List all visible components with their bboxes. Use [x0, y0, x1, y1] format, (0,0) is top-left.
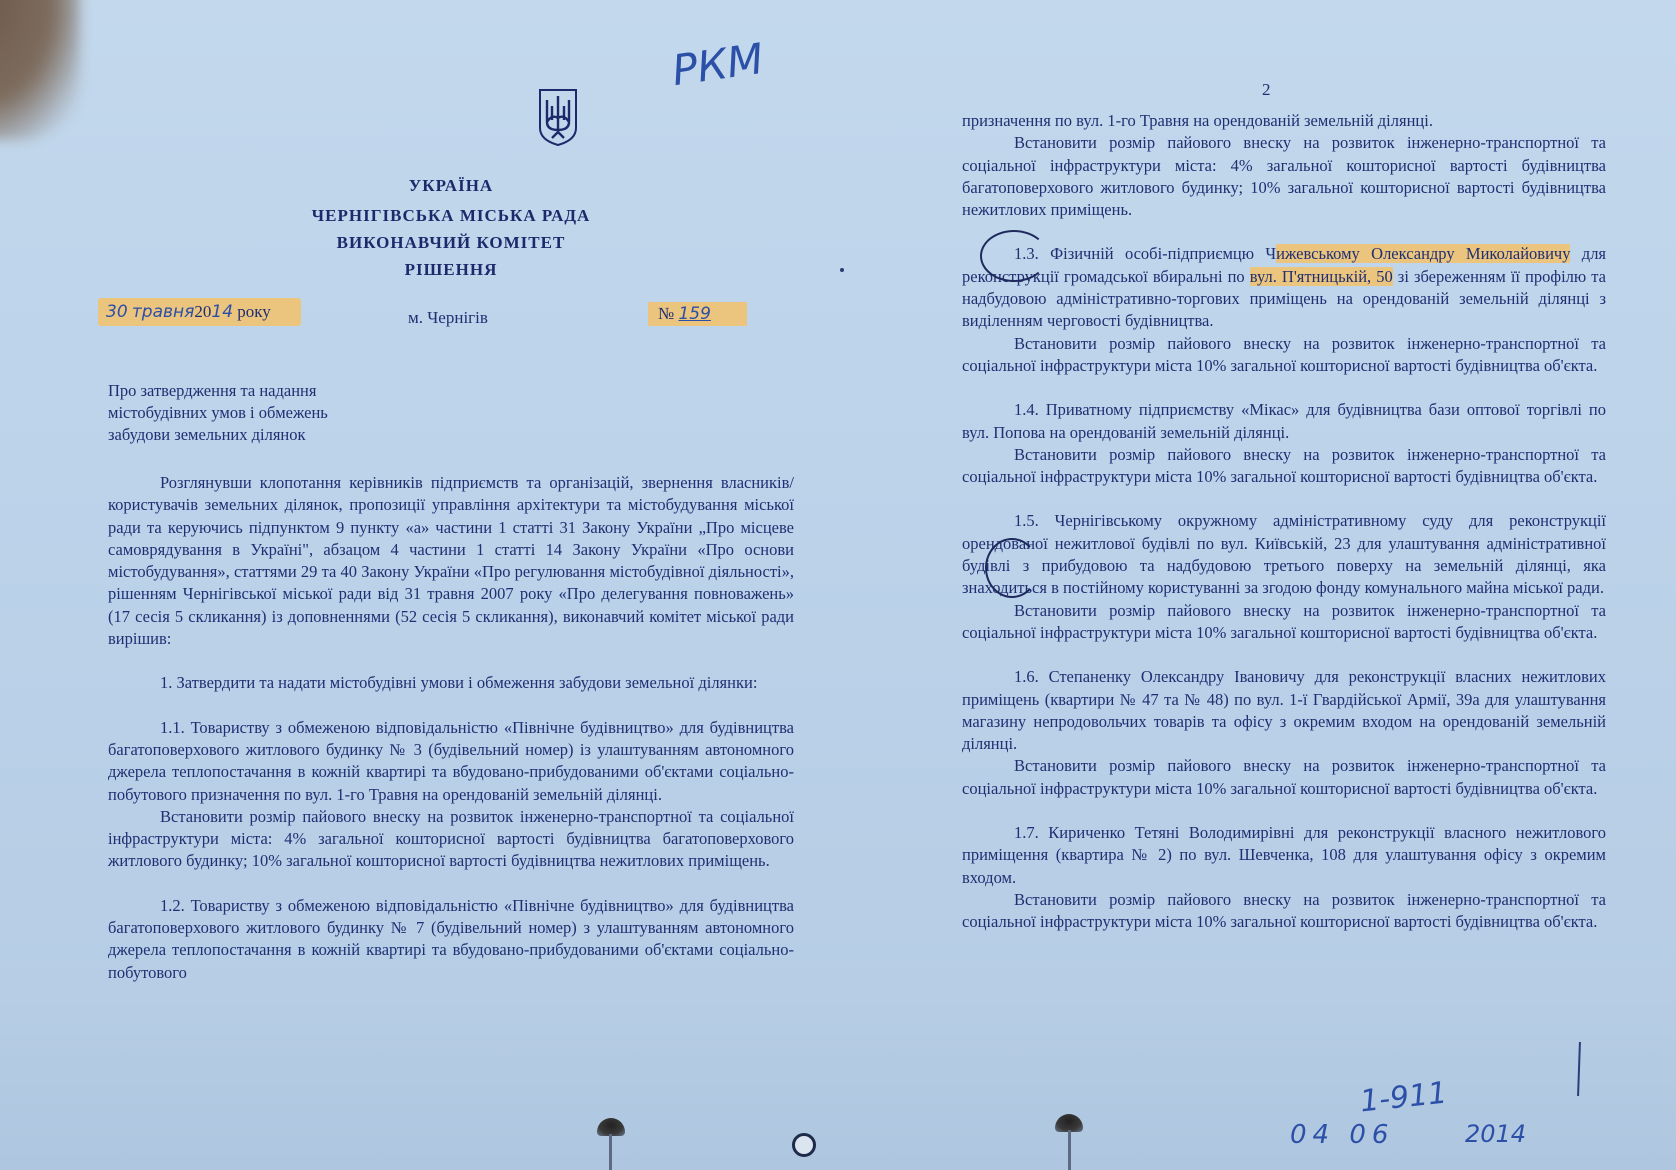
header-doc-type: РІШЕННЯ	[108, 260, 794, 280]
item-1-3-fee: Встановити розмір пайового внеску на роз…	[962, 333, 1606, 378]
item-1-6: 1.6. Степаненку Олександру Івановичу для…	[962, 666, 1606, 755]
item-1: 1. Затвердити та надати містобудівні умо…	[108, 672, 794, 694]
pen-mark	[1577, 1042, 1581, 1096]
pen-circle-1-5	[985, 538, 1039, 598]
item-1-7-fee: Встановити розмір пайового внеску на роз…	[962, 889, 1606, 934]
item-1-2: 1.2. Товариству з обмеженою відповідальн…	[108, 895, 794, 984]
page-two-body: призначення по вул. 1-го Травня на оренд…	[962, 110, 1606, 934]
highlighted-address: вул. П'ятницькій, 50	[1250, 267, 1393, 286]
item-1-3: 1.3. Фізичній особі-підприємцю Чижевсько…	[962, 243, 1606, 332]
binding-hole-left-stem	[609, 1134, 612, 1170]
handwritten-initials: РКМ	[669, 34, 766, 95]
highlighted-name: ижевському Олександру Миколайовичу	[1276, 244, 1570, 263]
item-1-5-fee: Встановити розмір пайового внеску на роз…	[962, 600, 1606, 645]
preamble: Розглянувши клопотання керівників підпри…	[108, 472, 794, 650]
item-1-2-fee: Встановити розмір пайового внеску на роз…	[962, 132, 1606, 221]
item-1-1: 1.1. Товариству з обмеженою відповідальн…	[108, 717, 794, 806]
photographer-thumb	[0, 0, 80, 140]
city: м. Чернігів	[408, 308, 488, 328]
decision-date: 30 травня2014 року	[98, 298, 301, 326]
decision-number: № 159	[648, 302, 747, 326]
item-1-2-continuation: призначення по вул. 1-го Травня на оренд…	[962, 110, 1606, 132]
item-1-6-fee: Встановити розмір пайового внеску на роз…	[962, 755, 1606, 800]
item-1-1-fee: Встановити розмір пайового внеску на роз…	[108, 806, 794, 873]
date-row: 30 травня2014 року м. Чернігів № 159	[108, 306, 794, 336]
item-1-5: 1.5. Чернігівському окружному адміністра…	[962, 510, 1606, 599]
header-council: ЧЕРНІГІВСЬКА МІСЬКА РАДА	[108, 206, 794, 226]
page-number: 2	[1262, 80, 1271, 100]
registration-date: 04 06	[1290, 1120, 1394, 1150]
binding-hole-right-stem	[1068, 1130, 1071, 1170]
page-one-body: Розглянувши клопотання керівників підпри…	[108, 472, 794, 984]
item-1-7: 1.7. Кириченко Тетяні Володимирівні для …	[962, 822, 1606, 889]
header-country: УКРАЇНА	[108, 176, 794, 196]
registration-year: 2014	[1465, 1120, 1526, 1148]
item-1-4: 1.4. Приватному підприємству «Мікас» для…	[962, 399, 1606, 444]
pen-circle-1-3	[980, 230, 1048, 282]
subject-block: Про затвердження та надання містобудівни…	[108, 380, 408, 446]
ink-speck	[840, 268, 844, 272]
header-committee: ВИКОНАВЧИЙ КОМІТЕТ	[108, 233, 794, 253]
binding-ring	[792, 1133, 816, 1157]
trident-coat-of-arms-icon	[538, 88, 578, 146]
registration-code: 1-911	[1358, 1076, 1448, 1120]
item-1-4-fee: Встановити розмір пайового внеску на роз…	[962, 444, 1606, 489]
